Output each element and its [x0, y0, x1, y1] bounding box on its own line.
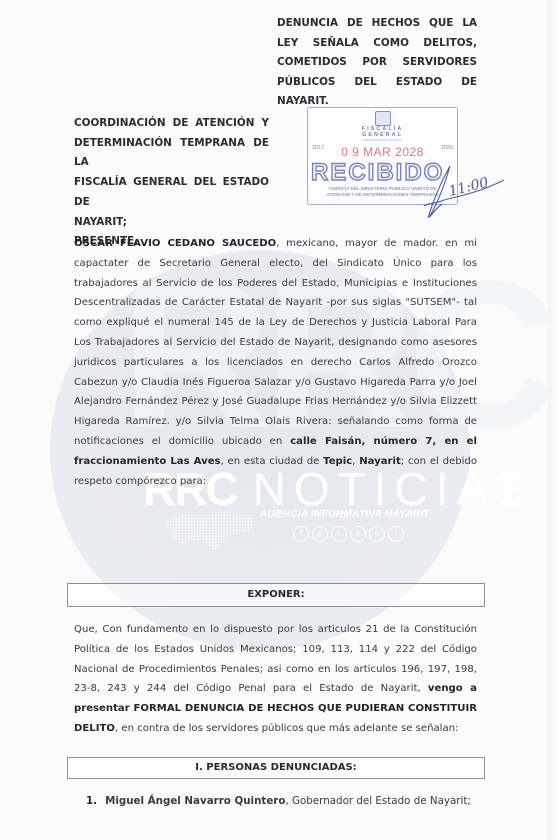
- addressee-block: COORDINACIÓN DE ATENCIÓN Y DETERMINACIÓN…: [74, 114, 269, 252]
- emblem-icon: [375, 111, 391, 126]
- exponer-text: Que, Con fundamento en lo dispuesto por …: [74, 624, 477, 694]
- addressee-line: FISCALÍA GENERAL DEL ESTADO DE: [74, 173, 269, 212]
- exponer-paragraph: Que, Con fundamento en lo dispuesto por …: [74, 620, 477, 739]
- addressee-line: COORDINACIÓN DE ATENCIÓN Y: [74, 114, 269, 134]
- stamp-org-line3: DEL ESTADO DE NAYARIT: [308, 138, 457, 142]
- intro-text: , mexicano, mayor de mador. en mi capact…: [74, 238, 477, 447]
- handwritten-time: 11:00: [447, 175, 490, 200]
- city-bold: Tepic: [323, 456, 352, 467]
- denounced-list: 1.Miguel Ángel Navarro Quintero, Goberna…: [86, 795, 471, 807]
- stamp-year-right: 2026: [441, 145, 453, 151]
- section-header-personas: I. PERSONAS DENUNCIADAS:: [67, 757, 485, 779]
- stamp-date: 0 9 MAR 2028: [308, 145, 457, 159]
- state-bold: Nayarit: [359, 456, 401, 467]
- exponer-text: , en contra de los servidores públicos q…: [115, 723, 459, 734]
- addressee-line: NAYARIT;: [74, 213, 269, 233]
- intro-text: , en esta ciudad de: [221, 456, 324, 467]
- intro-paragraph: OSCAR FLAVIO CEDANO SAUCEDO, mexicano, m…: [74, 234, 477, 491]
- handwritten-signature-icon: 11:00: [420, 158, 510, 228]
- complainant-name: OSCAR FLAVIO CEDANO SAUCEDO: [74, 238, 276, 249]
- denounced-role: , Gobernador del Estado de Nayarit;: [285, 795, 470, 807]
- document-content: DENUNCIA DE HECHOS QUE LA LEY SEÑALA COM…: [0, 0, 560, 840]
- document-title: DENUNCIA DE HECHOS QUE LA LEY SEÑALA COM…: [277, 14, 477, 112]
- section-header-exponer: EXPONER:: [67, 583, 485, 607]
- denounced-name: Miguel Ángel Navarro Quintero: [105, 795, 285, 807]
- list-number: 1.: [86, 795, 97, 807]
- addressee-line: DETERMINACIÓN TEMPRANA DE LA: [74, 134, 269, 173]
- list-item: 1.Miguel Ángel Navarro Quintero, Goberna…: [86, 795, 471, 807]
